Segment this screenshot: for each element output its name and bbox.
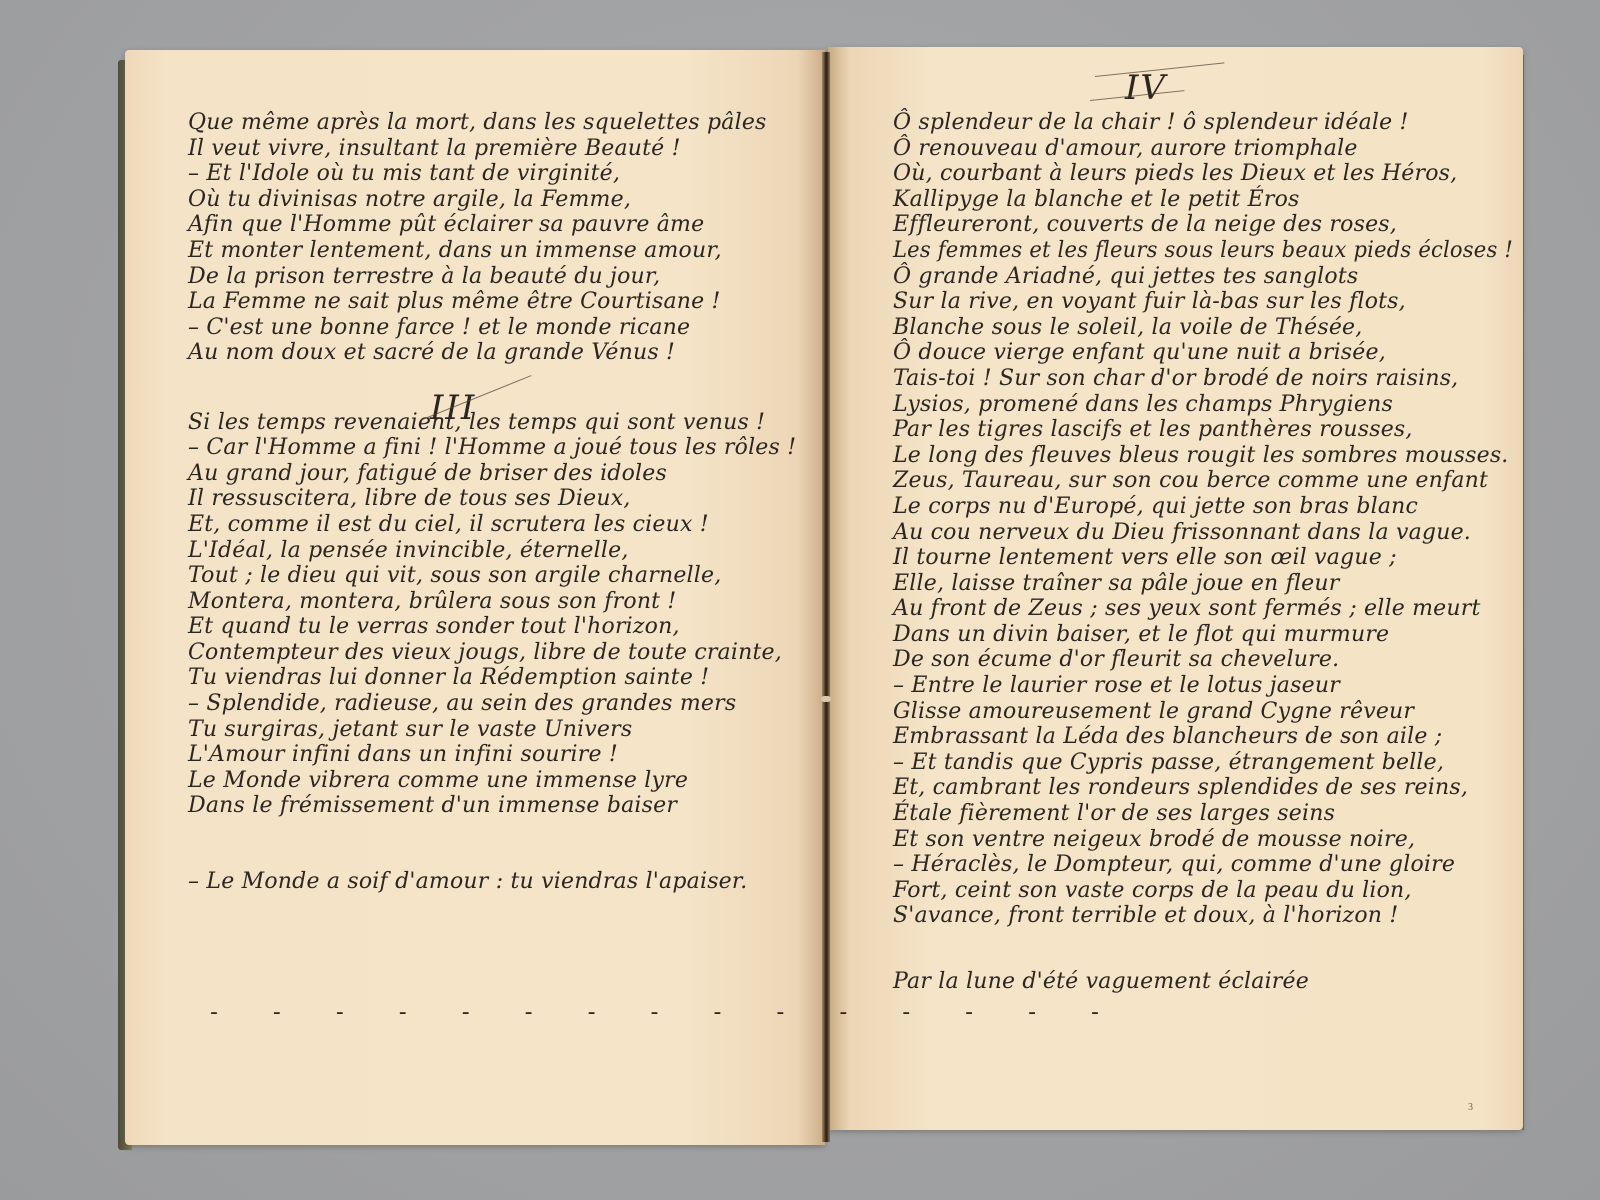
verse-line: De son écume d'or fleurit sa chevelure. [893, 647, 1513, 673]
verse-line: L'Amour infini dans un infini sourire ! [188, 742, 798, 768]
right-page-text: Ô splendeur de la chair ! ô splendeur id… [893, 110, 1513, 995]
verse-line: Ô splendeur de la chair ! ô splendeur id… [893, 110, 1513, 136]
verse-line: Zeus, Taureau, sur son cou berce comme u… [893, 468, 1513, 494]
verse-line: Afin que l'Homme pût éclairer sa pauvre … [188, 212, 798, 238]
verse-line: Le Monde vibrera comme une immense lyre [188, 768, 798, 794]
verse-line: Tu viendras lui donner la Rédemption sai… [188, 665, 798, 691]
verse-line: Où tu divinisas notre argile, la Femme, [188, 187, 798, 213]
verse-line: Lysios, promené dans les champs Phrygien… [893, 392, 1513, 418]
verse-line: Il veut vivre, insultant la première Bea… [188, 136, 798, 162]
verse-line: Effleureront, couverts de la neige des r… [893, 212, 1513, 238]
verse-line: Tu surgiras, jetant sur le vaste Univers [188, 717, 798, 743]
verse-line: Blanche sous le soleil, la voile de Thés… [893, 315, 1513, 341]
verse-line: L'Idéal, la pensée invincible, éternelle… [188, 538, 798, 564]
closing-verse-line: Par la lune d'été vaguement éclairée [893, 969, 1513, 995]
verse-line: Étale fièrement l'or de ses larges seins [893, 801, 1513, 827]
section-numeral-iii: III [430, 388, 476, 428]
section-numeral-iv: IV [1125, 68, 1167, 108]
verse-line: Par les tigres lascifs et les panthères … [893, 417, 1513, 443]
verse-line: – Et l'Idole où tu mis tant de virginité… [188, 161, 798, 187]
verse-line: Au front de Zeus ; ses yeux sont fermés … [893, 596, 1513, 622]
verse-line: Au grand jour, fatigué de briser des ido… [188, 461, 798, 487]
verse-line: – C'est une bonne farce ! et le monde ri… [188, 315, 798, 341]
verse-line: Kallipyge la blanche et le petit Éros [893, 187, 1513, 213]
verse-line: Et quand tu le verras sonder tout l'hori… [188, 614, 798, 640]
verse-line: Au cou nerveux du Dieu frissonnant dans … [893, 520, 1513, 546]
verse-line: Ô grande Ariadné, qui jettes tes sanglot… [893, 264, 1513, 290]
verse-line: Le corps nu d'Europé, qui jette son bras… [893, 494, 1513, 520]
ornamental-dashes: - - - - - - - - - - - - - - - [210, 1000, 810, 1030]
verse-line: Dans le frémissement d'un immense baiser [188, 793, 798, 819]
verse-line: – Héraclès, le Dompteur, qui, comme d'un… [893, 852, 1513, 878]
verse-line: Que même après la mort, dans les squelet… [188, 110, 798, 136]
verse-line: Fort, ceint son vaste corps de la peau d… [893, 878, 1513, 904]
verse-line: La Femme ne sait plus même être Courtisa… [188, 289, 798, 315]
verse-line: Ô renouveau d'amour, aurore triomphale [893, 136, 1513, 162]
closing-verse-line: – Le Monde a soif d'amour : tu viendras … [188, 869, 798, 895]
verse-line: – Entre le laurier rose et le lotus jase… [893, 673, 1513, 699]
verse-line: Où, courbant à leurs pieds les Dieux et … [893, 161, 1513, 187]
verse-line: Tout ; le dieu qui vit, sous son argile … [188, 563, 798, 589]
verse-line: Ô douce vierge enfant qu'une nuit a bris… [893, 340, 1513, 366]
verse-line: Glisse amoureusement le grand Cygne rêve… [893, 699, 1513, 725]
verse-line: Elle, laisse traîner sa pâle joue en fle… [893, 571, 1513, 597]
binding-gutter [822, 52, 830, 1142]
verse-line: S'avance, front terrible et doux, à l'ho… [893, 903, 1513, 929]
verse-line: Montera, montera, brûlera sous son front… [188, 589, 798, 615]
open-booklet: Que même après la mort, dans les squelet… [0, 0, 1600, 1200]
verse-line: Si les temps revenaient, les temps qui s… [188, 410, 798, 436]
verse-line: Et son ventre neigeux brodé de mousse no… [893, 827, 1513, 853]
left-page-text: Que même après la mort, dans les squelet… [188, 110, 798, 895]
page-number: 3 [1468, 1102, 1473, 1113]
verse-line: Et monter lentement, dans un immense amo… [188, 238, 798, 264]
verse-line: De la prison terrestre à la beauté du jo… [188, 264, 798, 290]
verse-line: Le long des fleuves bleus rougit les som… [893, 443, 1513, 469]
verse-line: Il ressuscitera, libre de tous ses Dieux… [188, 486, 798, 512]
verse-line: Au nom doux et sacré de la grande Vénus … [188, 340, 798, 366]
verse-line: – Splendide, radieuse, au sein des grand… [188, 691, 798, 717]
verse-line: Tais-toi ! Sur son char d'or brodé de no… [893, 366, 1513, 392]
verse-line: – Car l'Homme a fini ! l'Homme a joué to… [188, 435, 798, 461]
verse-line: Dans un divin baiser, et le flot qui mur… [893, 622, 1513, 648]
verse-line: Embrassant la Léda des blancheurs de son… [893, 724, 1513, 750]
verse-line: Et, comme il est du ciel, il scrutera le… [188, 512, 798, 538]
verse-line: Les femmes et les fleurs sous leurs beau… [893, 238, 1487, 264]
verse-line: Il tourne lentement vers elle son œil va… [893, 545, 1513, 571]
verse-line: Sur la rive, en voyant fuir là-bas sur l… [893, 289, 1513, 315]
binding-stitch [821, 696, 831, 702]
verse-line: – Et tandis que Cypris passe, étrangemen… [893, 750, 1513, 776]
verse-line: Et, cambrant les rondeurs splendides de … [893, 775, 1513, 801]
verse-line: Contempteur des vieux jougs, libre de to… [188, 640, 798, 666]
